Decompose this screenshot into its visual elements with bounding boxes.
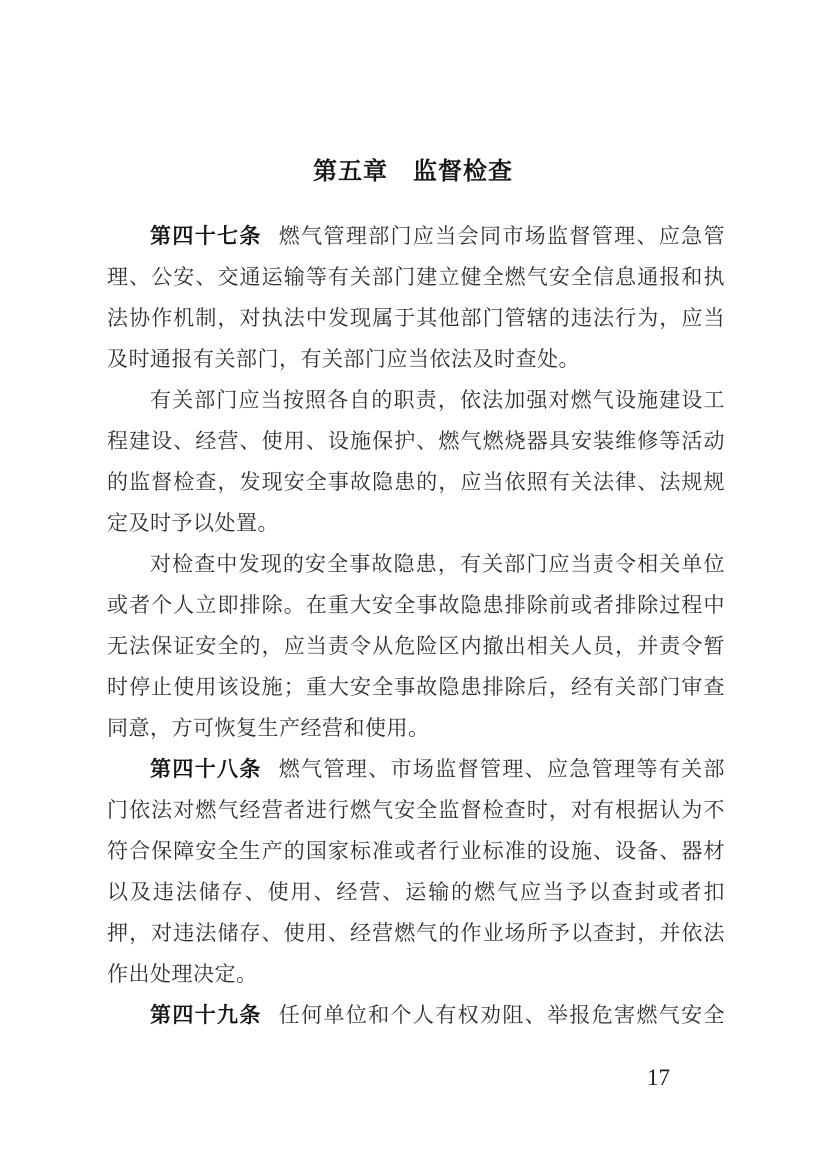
line-text: 或者个人立即排除。在重大安全事故隐患排除前或者排除过程中 <box>107 593 725 617</box>
line-text: 定及时予以处置。 <box>107 511 279 535</box>
line-text: 的监督检查，发现安全事故隐患的，应当依照有关法律、法规规 <box>107 470 725 494</box>
page-number: 17 <box>647 1063 670 1093</box>
line-text: 及时通报有关部门，有关部门应当依法及时查处。 <box>107 347 580 371</box>
text-line: 程建设、经营、使用、设施保护、燃气燃烧器具安装维修等活动 <box>107 421 725 462</box>
text-line: 符合保障安全生产的国家标准或者行业标准的设施、设备、器材 <box>107 831 725 872</box>
text-line: 法协作机制，对执法中发现属于其他部门管辖的违法行为，应当 <box>107 298 725 339</box>
paragraph: 第四十八条燃气管理、市场监督管理、应急管理等有关部门依法对燃气经营者进行燃气安全… <box>107 749 725 995</box>
line-text: 押，对违法储存、使用、经营燃气的作业场所予以查封，并依法 <box>107 921 725 945</box>
line-text: 时停止使用该设施；重大安全事故隐患排除后，经有关部门审查 <box>107 675 725 699</box>
chapter-heading: 第五章 监督检查 <box>0 156 826 188</box>
text-line: 及时通报有关部门，有关部门应当依法及时查处。 <box>107 339 725 380</box>
line-text: 燃气管理部门应当会同市场监督管理、应急管 <box>279 224 725 248</box>
text-line: 的监督检查，发现安全事故隐患的，应当依照有关法律、法规规 <box>107 462 725 503</box>
text-line: 押，对违法储存、使用、经营燃气的作业场所予以查封，并依法 <box>107 913 725 954</box>
line-text: 作出处理决定。 <box>107 962 258 986</box>
paragraph: 第四十七条燃气管理部门应当会同市场监督管理、应急管理、公安、交通运输等有关部门建… <box>107 216 725 380</box>
paragraph: 有关部门应当按照各自的职责，依法加强对燃气设施建设工程建设、经营、使用、设施保护… <box>107 380 725 544</box>
text-line: 或者个人立即排除。在重大安全事故隐患排除前或者排除过程中 <box>107 585 725 626</box>
text-line: 有关部门应当按照各自的职责，依法加强对燃气设施建设工 <box>107 380 725 421</box>
line-text: 对检查中发现的安全事故隐患，有关部门应当责令相关单位 <box>150 552 725 576</box>
article-number: 第四十九条 <box>150 1003 262 1027</box>
text-line: 作出处理决定。 <box>107 954 725 995</box>
line-text: 燃气管理、市场监督管理、应急管理等有关部 <box>279 757 725 781</box>
line-text: 理、公安、交通运输等有关部门建立健全燃气安全信息通报和执 <box>107 265 725 289</box>
document-page: 第五章 监督检查 第四十七条燃气管理部门应当会同市场监督管理、应急管理、公安、交… <box>0 0 826 1169</box>
line-text: 无法保证安全的，应当责令从危险区内撤出相关人员，并责令暂 <box>107 634 725 658</box>
paragraph: 第四十九条任何单位和个人有权劝阻、举报危害燃气安全 <box>107 995 725 1036</box>
line-text: 门依法对燃气经营者进行燃气安全监督检查时，对有根据认为不 <box>107 798 725 822</box>
line-text: 任何单位和个人有权劝阻、举报危害燃气安全 <box>279 1003 725 1027</box>
text-line: 定及时予以处置。 <box>107 503 725 544</box>
text-line: 理、公安、交通运输等有关部门建立健全燃气安全信息通报和执 <box>107 257 725 298</box>
text-line: 无法保证安全的，应当责令从危险区内撤出相关人员，并责令暂 <box>107 626 725 667</box>
text-line: 时停止使用该设施；重大安全事故隐患排除后，经有关部门审查 <box>107 667 725 708</box>
line-text: 符合保障安全生产的国家标准或者行业标准的设施、设备、器材 <box>107 839 725 863</box>
text-line: 对检查中发现的安全事故隐患，有关部门应当责令相关单位 <box>107 544 725 585</box>
article-number: 第四十七条 <box>150 224 262 248</box>
text-line: 同意，方可恢复生产经营和使用。 <box>107 708 725 749</box>
text-line: 第四十九条任何单位和个人有权劝阻、举报危害燃气安全 <box>107 995 725 1036</box>
text-line: 门依法对燃气经营者进行燃气安全监督检查时，对有根据认为不 <box>107 790 725 831</box>
article-number: 第四十八条 <box>150 757 262 781</box>
line-text: 程建设、经营、使用、设施保护、燃气燃烧器具安装维修等活动 <box>107 429 725 453</box>
line-text: 法协作机制，对执法中发现属于其他部门管辖的违法行为，应当 <box>107 306 725 330</box>
line-text: 同意，方可恢复生产经营和使用。 <box>107 716 430 740</box>
line-text: 以及违法储存、使用、经营、运输的燃气应当予以查封或者扣 <box>107 880 725 904</box>
text-line: 第四十八条燃气管理、市场监督管理、应急管理等有关部 <box>107 749 725 790</box>
text-line: 第四十七条燃气管理部门应当会同市场监督管理、应急管 <box>107 216 725 257</box>
text-line: 以及违法储存、使用、经营、运输的燃气应当予以查封或者扣 <box>107 872 725 913</box>
document-body: 第四十七条燃气管理部门应当会同市场监督管理、应急管理、公安、交通运输等有关部门建… <box>107 216 725 1036</box>
paragraph: 对检查中发现的安全事故隐患，有关部门应当责令相关单位或者个人立即排除。在重大安全… <box>107 544 725 749</box>
line-text: 有关部门应当按照各自的职责，依法加强对燃气设施建设工 <box>150 388 725 412</box>
